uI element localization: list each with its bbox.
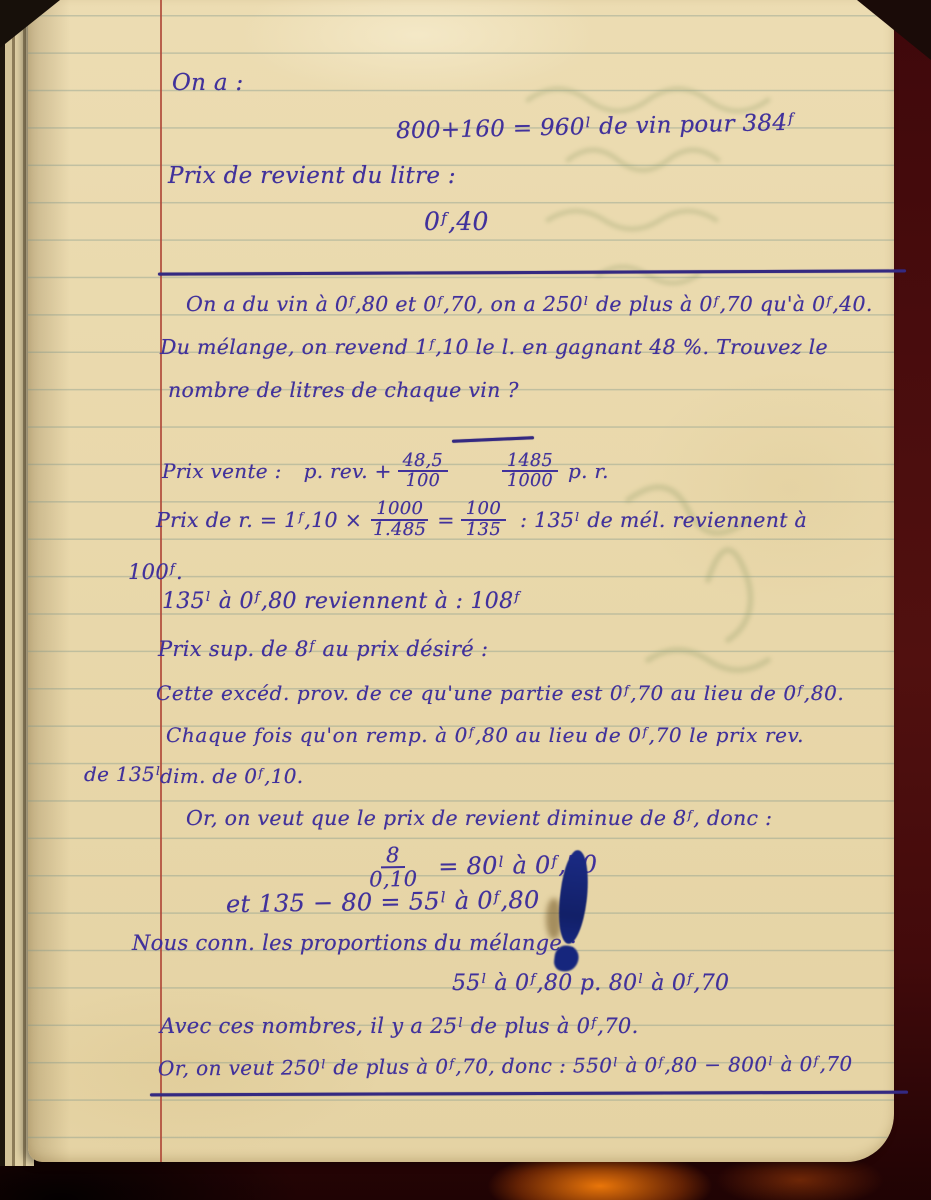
problem-line-1: On a du vin à 0f,80 et 0f,70, on a 250l … bbox=[186, 292, 873, 316]
line-prix-sup: Prix sup. de 8f au prix désiré : bbox=[158, 637, 488, 661]
line-proportions: 55l à 0f,80 p. 80l à 0f,70 bbox=[452, 971, 729, 996]
ink-bleedthrough-top bbox=[508, 60, 848, 300]
line-100f: 100f. bbox=[128, 560, 183, 584]
line-135-reviennent: 135l à 0f,80 reviennent à : 108f bbox=[162, 589, 521, 614]
line-on-a: On a : bbox=[172, 70, 244, 96]
prix-r-suffix: : 135l de mél. reviennent à bbox=[520, 508, 807, 532]
equals-sign: = bbox=[437, 508, 454, 532]
fraction-result: 1485 1000 bbox=[502, 452, 558, 491]
prix-vente-expr: p. rev. + bbox=[304, 459, 392, 483]
line-avec-ces-nombres: Avec ces nombres, il y a 25l de plus à 0… bbox=[160, 1014, 639, 1038]
solution-prix-revient: Prix de r. = 1f,10 × 1000 1.485 = 100 13… bbox=[156, 500, 807, 540]
fraction-eight: 8 0,10 bbox=[364, 844, 423, 891]
solution-prix-vente: Prix vente : p. rev. + 48,5 100 1485 100… bbox=[162, 452, 609, 491]
line-prix-revient-label: Prix de revient du litre : bbox=[168, 163, 456, 189]
problem-line-3: nombre de litres de chaque vin ? bbox=[168, 378, 519, 402]
line-chaque-fois: Chaque fois qu'on remp. à 0f,80 au lieu … bbox=[166, 723, 804, 747]
prix-r-prefix: Prix de r. = 1f,10 × bbox=[156, 508, 362, 532]
margin-note-135l: de 135l bbox=[84, 762, 161, 786]
line-or-donc: Or, on veut que le prix de revient dimin… bbox=[186, 806, 772, 830]
line-or-250: Or, on veut 250l de plus à 0f,70, donc :… bbox=[158, 1052, 853, 1081]
prix-vente-suffix: p. r. bbox=[568, 459, 609, 483]
line-et-135: et 135 − 80 = 55l à 0f,80 bbox=[226, 886, 540, 918]
fraction-ratio: 100 135 bbox=[461, 500, 506, 540]
fraction-gain: 48,5 100 bbox=[398, 452, 448, 491]
prix-vente-label: Prix vente : bbox=[162, 459, 282, 483]
ink-bleedthrough-middle bbox=[588, 440, 888, 720]
line-dim: dim. de 0f,10. bbox=[160, 764, 303, 788]
line-result-040: 0f,40 bbox=[424, 207, 489, 236]
fraction-inverse: 1000 1.485 bbox=[368, 500, 431, 540]
line-cette-exced: Cette excéd. prov. de ce qu'une partie e… bbox=[156, 681, 844, 705]
line-nous-conn: Nous conn. les proportions du mélange : bbox=[132, 931, 577, 955]
notebook-photo: { "colors": { "ink": "#41319c", "paper":… bbox=[0, 0, 931, 1200]
problem-line-2: Du mélange, on revend 1f,10 le l. en gag… bbox=[160, 335, 828, 359]
